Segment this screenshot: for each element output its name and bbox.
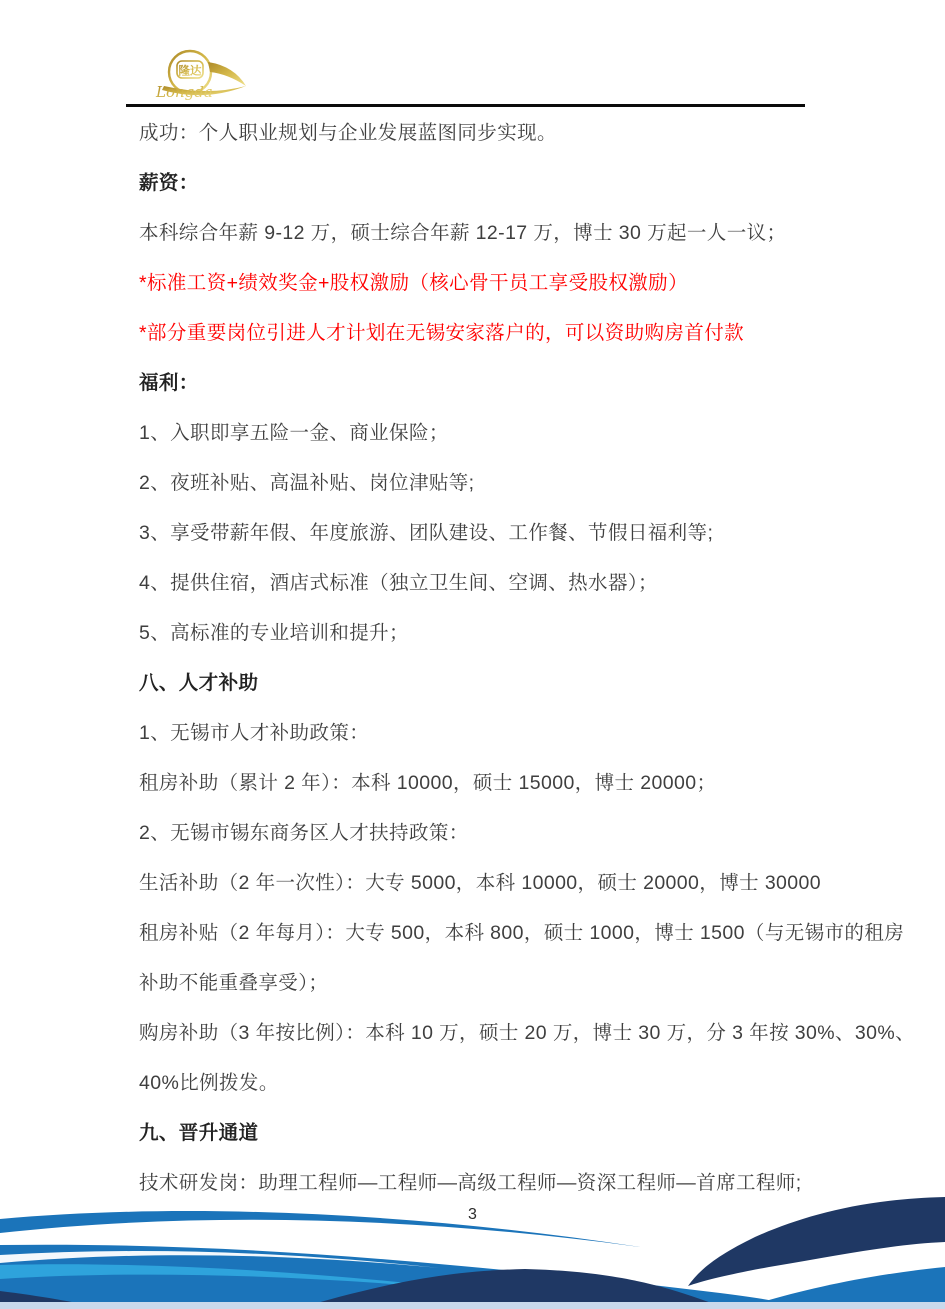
paragraph: 40%比例拨发。 [139, 1058, 859, 1108]
paragraph: 购房补助（3 年按比例）：本科 10 万，硕士 20 万，博士 30 万，分 3… [139, 1008, 859, 1058]
paragraph: 福利： [139, 358, 859, 408]
paragraph: 3、享受带薪年假、年度旅游、团队建设、工作餐、节假日福利等; [139, 508, 859, 558]
paragraph: *部分重要岗位引进人才计划在无锡安家落户的，可以资助购房首付款 [139, 308, 859, 358]
paragraph: 补助不能重叠享受）； [139, 958, 859, 1008]
logo-text-zh: 隆达 [179, 64, 202, 78]
logo-text-en: Longda [155, 83, 213, 101]
paragraph: 八、人才补助 [139, 658, 859, 708]
paragraph: 生活补助（2 年一次性）：大专 5000，本科 10000，硕士 20000，博… [139, 858, 859, 908]
paragraph: 2、无锡市锡东商务区人才扶持政策： [139, 808, 859, 858]
paragraph: 租房补贴（2 年每月）：大专 500，本科 800，硕士 1000，博士 150… [139, 908, 859, 958]
paragraph: 薪资： [139, 158, 859, 208]
paragraph: 1、无锡市人才补助政策： [139, 708, 859, 758]
paragraph: *标准工资+绩效奖金+股权激励（核心骨干员工享受股权激励） [139, 258, 859, 308]
logo-mark-icon: 隆达 Longda [155, 51, 246, 101]
paragraph: 2、夜班补贴、高温补贴、岗位津贴等; [139, 458, 859, 508]
document-body: 成功：个人职业规划与企业发展蓝图同步实现。薪资：本科综合年薪 9-12 万，硕士… [139, 108, 859, 1208]
paragraph: 九、晋升通道 [139, 1108, 859, 1158]
paragraph: 租房补助（累计 2 年）：本科 10000，硕士 15000，博士 20000； [139, 758, 859, 808]
paragraph: 成功：个人职业规划与企业发展蓝图同步实现。 [139, 108, 859, 158]
header-rule [126, 104, 805, 107]
paragraph: 1、入职即享五险一金、商业保险； [139, 408, 859, 458]
paragraph: 本科综合年薪 9-12 万，硕士综合年薪 12-17 万，博士 30 万起一人一… [139, 208, 859, 258]
company-logo: 隆达 Longda [150, 46, 260, 106]
paragraph: 4、提供住宿，酒店式标准（独立卫生间、空调、热水器）； [139, 558, 859, 608]
document-page: 隆达 Longda 成功：个人职业规划与企业发展蓝图同步实现。薪资：本科综合年薪… [0, 0, 945, 1309]
paragraph: 5、高标准的专业培训和提升； [139, 608, 859, 658]
footer-wave-decoration [0, 1189, 945, 1309]
